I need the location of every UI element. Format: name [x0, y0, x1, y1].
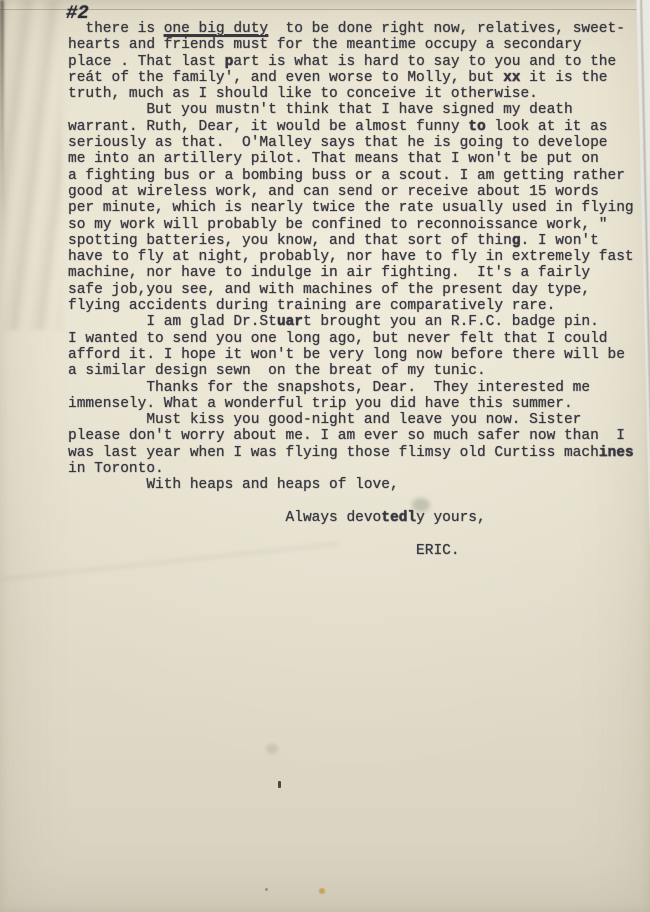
- letter-paper: #2 there is one big duty to be done righ…: [0, 0, 650, 912]
- letter-line: seriously as that. O'Malley says that he…: [68, 135, 643, 151]
- letter-line: hearts and friends must for the meantime…: [68, 37, 643, 53]
- letter-line: place . That last part is what is hard t…: [68, 54, 643, 70]
- letter-line: immensely. What a wonderful trip you did…: [68, 396, 643, 412]
- paper-stain: [319, 888, 325, 894]
- letter-line: per minute, which is nearly twice the ra…: [68, 200, 643, 216]
- letter-line: spotting batteries, you know, and that s…: [68, 233, 643, 249]
- letter-line: truth, much as I should like to conceive…: [68, 86, 643, 102]
- scanned-letter-page: #2 there is one big duty to be done righ…: [0, 0, 650, 912]
- letter-line: please don't worry about me. I am ever s…: [68, 428, 643, 444]
- letter-line: warrant. Ruth, Dear, it would be almost …: [68, 119, 643, 135]
- letter-line: I am glad Dr.Stuart brought you an R.F.C…: [68, 314, 643, 330]
- letter-line: have to fly at night, probably, nor have…: [68, 249, 643, 265]
- letter-body: there is one big duty to be done right n…: [68, 21, 643, 559]
- letter-line: I wanted to send you one long ago, but n…: [68, 331, 643, 347]
- letter-line: But you mustn't think that I have signed…: [68, 102, 643, 118]
- page-curl-top: [0, 0, 640, 10]
- letter-line: good at wireless work, and can send or r…: [68, 184, 643, 200]
- paper-speck: [265, 888, 268, 891]
- page-curl-left: [0, 0, 62, 330]
- letter-line: afford it. I hope it won't be very long …: [68, 347, 643, 363]
- letter-line: [68, 526, 643, 542]
- letter-line: a fighting bus or a bombing buss or a sc…: [68, 168, 643, 184]
- ink-smudge: [266, 744, 278, 754]
- letter-line: Always devotedly yours,: [68, 510, 643, 526]
- letter-line: a similar design sewn on the breat of my…: [68, 363, 643, 379]
- letter-line: ERIC.: [68, 543, 643, 559]
- letter-line: there is one big duty to be done right n…: [68, 21, 643, 37]
- letter-line: [68, 494, 643, 510]
- letter-line: so my work will probably be confined to …: [68, 217, 643, 233]
- letter-line: safe job,you see, and with machines of t…: [68, 282, 643, 298]
- letter-line: Must kiss you good-night and leave you n…: [68, 412, 643, 428]
- letter-line: machine, nor have to indulge in air figh…: [68, 265, 643, 281]
- scan-edge-shadow: [0, 0, 4, 210]
- letter-line: was last year when I was flying those fl…: [68, 445, 643, 461]
- letter-line: flying accidents during training are com…: [68, 298, 643, 314]
- letter-line: With heaps and heaps of love,: [68, 477, 643, 493]
- letter-line: Thanks for the snapshots, Dear. They int…: [68, 380, 643, 396]
- letter-line: me into an artillery pilot. That means t…: [68, 151, 643, 167]
- letter-line: reát of the family', and even worse to M…: [68, 70, 643, 86]
- letter-line: in Toronto.: [68, 461, 643, 477]
- ink-speck: [278, 781, 281, 788]
- ink-stain: [412, 498, 430, 512]
